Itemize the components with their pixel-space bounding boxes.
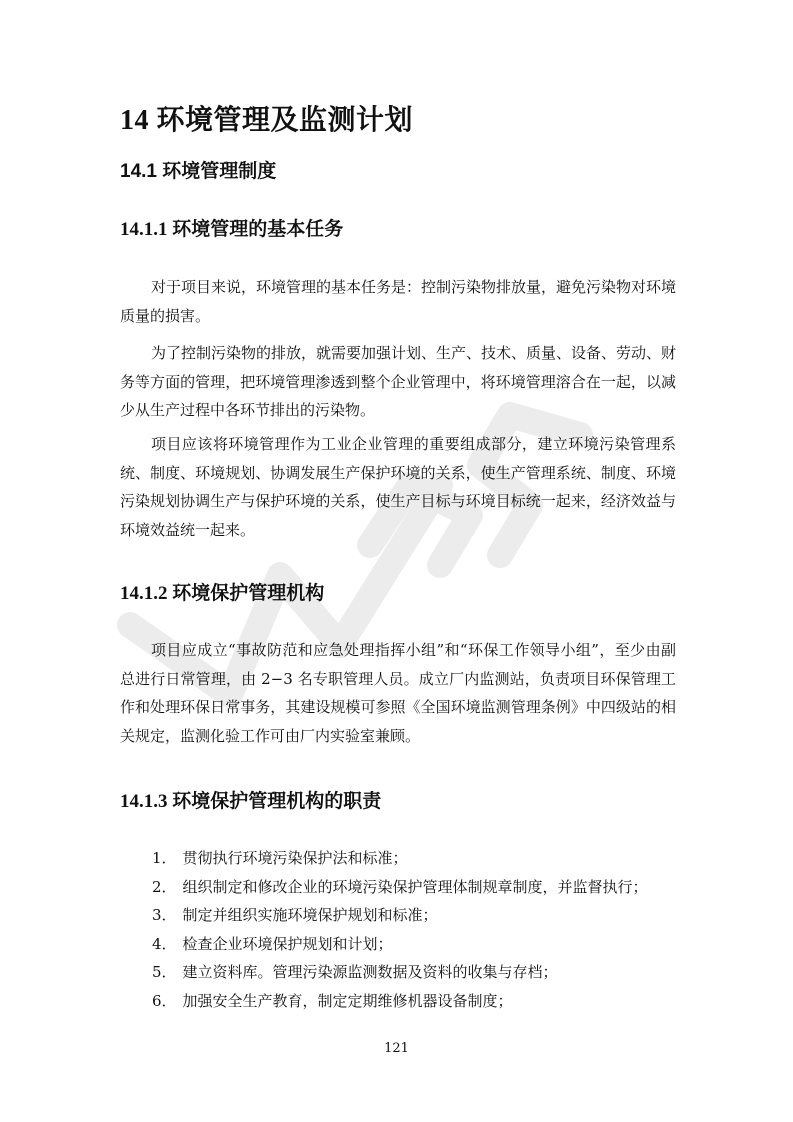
list-item: 2．组织制定和修改企业的环境污染保护管理体制规章制度，并监督执行； xyxy=(152,873,682,902)
paragraph: 对于项目来说，环境管理的基本任务是：控制污染物排放量，避免污染物对环境质量的损害… xyxy=(120,273,676,330)
duties-list: 1．贯彻执行环境污染保护法和标准； 2．组织制定和修改企业的环境污染保护管理体制… xyxy=(152,844,682,1015)
paragraph: 项目应该将环境管理作为工业企业管理的重要组成部分，建立环境污染管理系统、制度、环… xyxy=(120,430,676,544)
paragraph: 为了控制污染物的排放，就需要加强计划、生产、技术、质量、设备、劳动、财务等方面的… xyxy=(120,339,676,425)
list-item: 5．建立资料库。管理污染源监测数据及资料的收集与存档； xyxy=(152,958,682,987)
list-item: 3．制定并组织实施环境保护规划和标准； xyxy=(152,901,682,930)
chapter-title: 14 环境管理及监测计划 xyxy=(120,98,413,138)
list-item: 1．贯彻执行环境污染保护法和标准； xyxy=(152,844,682,873)
subsection-title-org-duties: 14.1.3 环境保护管理机构的职责 xyxy=(120,786,381,813)
document-page: 14 环境管理及监测计划 14.1 环境管理制度 14.1.1 环境管理的基本任… xyxy=(0,0,793,1122)
list-item: 6．加强安全生产教育，制定定期维修机器设备制度； xyxy=(152,987,682,1016)
list-item: 4．检查企业环境保护规划和计划； xyxy=(152,930,682,959)
paragraph: 项目应成立“事故防范和应急处理指挥小组”和“环保工作领导小组”，至少由副总进行日… xyxy=(120,636,676,750)
section-title: 14.1 环境管理制度 xyxy=(120,156,276,183)
page-number: 121 xyxy=(0,1041,793,1056)
subsection-title-basic-tasks: 14.1.1 环境管理的基本任务 xyxy=(120,214,343,241)
subsection-title-management-org: 14.1.2 环境保护管理机构 xyxy=(120,578,324,605)
